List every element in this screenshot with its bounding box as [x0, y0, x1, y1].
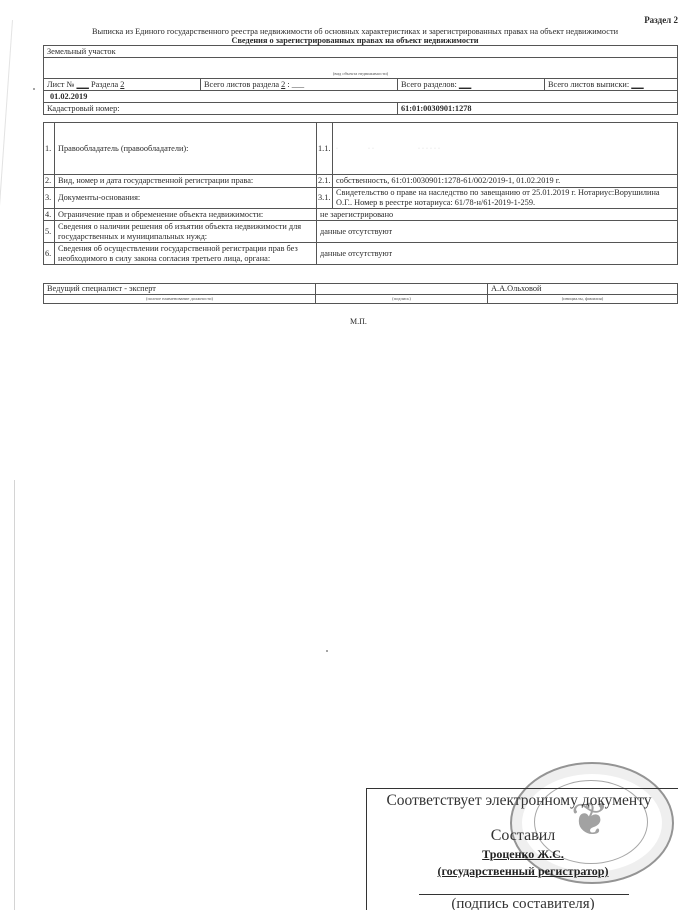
signer-name: А.А.Ольховой — [488, 284, 678, 295]
row-label: Документы-основания: — [55, 188, 317, 209]
owner-redacted: · ·· ······ — [333, 123, 678, 175]
rights-table: 1. Правообладатель (правообладатели): 1.… — [43, 122, 678, 265]
total-sections-cell: Всего разделов: ___ — [398, 79, 545, 91]
signature-caption: (подпись составителя) — [367, 896, 678, 910]
certification-box: Соответствует электронному документу Сос… — [366, 788, 678, 910]
table-row: 1. Правообладатель (правообладатели): 1.… — [44, 123, 678, 175]
sheet-number-cell: Лист № ___ Раздела 2 — [44, 79, 201, 91]
registrar-title: (государственный регистратор) — [367, 864, 678, 879]
cadastral-label: Кадастровый номер: — [44, 103, 398, 115]
scan-speck — [326, 650, 328, 652]
row-label: Сведения о наличии решения об изъятии об… — [55, 221, 317, 243]
row-number: 2. — [44, 175, 55, 188]
sheet-value: ___ — [76, 80, 88, 89]
sheet-label: Лист № — [47, 80, 74, 89]
row-label: Ограничение прав и обременение объекта н… — [55, 209, 317, 221]
total-sheets-section-value: 2 — [281, 80, 285, 89]
section-label: Раздел 2 — [644, 15, 678, 25]
seal-mark: М.П. — [350, 317, 367, 326]
table-row: 6. Сведения об осуществлении государстве… — [44, 243, 678, 265]
signer-signature — [316, 284, 488, 295]
registrar-name: Троценко Ж.С. — [367, 847, 678, 862]
certification-line: Соответствует электронному документу — [367, 792, 671, 810]
total-sheets-section-suffix: : ___ — [287, 80, 304, 89]
row-subnumber: 2.1. — [317, 175, 333, 188]
object-type-caption: (вид объекта недвижимости) — [44, 70, 678, 79]
total-sheets-label: Всего листов выписки: — [548, 80, 629, 89]
row-number: 4. — [44, 209, 55, 221]
row-number: 3. — [44, 188, 55, 209]
total-sheets-section-label: Всего листов раздела — [204, 80, 279, 89]
extract-date: 01.02.2019 — [44, 91, 678, 103]
table-row: 4. Ограничение прав и обременение объект… — [44, 209, 678, 221]
total-sheets-cell: Всего листов выписки: ___ — [545, 79, 678, 91]
total-sections-label: Всего разделов: — [401, 80, 457, 89]
row-value: не зарегистрировано — [317, 209, 678, 221]
table-row: 5. Сведения о наличии решения об изъятии… — [44, 221, 678, 243]
row-label: Вид, номер и дата государственной регист… — [55, 175, 317, 188]
signature-line — [419, 894, 629, 895]
header-table: Земельный участок (вид объекта недвижимо… — [43, 45, 678, 115]
row-label: Правообладатель (правообладатели): — [55, 123, 317, 175]
row-label: Сведения об осуществлении государственно… — [55, 243, 317, 265]
total-sections-value: ___ — [459, 80, 471, 89]
row-number: 5. — [44, 221, 55, 243]
row-subnumber: 3.1. — [317, 188, 333, 209]
row-value: собственность, 61:01:0030901:1278-61/002… — [333, 175, 678, 188]
section-label-text: Раздела — [91, 80, 118, 89]
object-type-blank — [44, 58, 678, 71]
row-number: 6. — [44, 243, 55, 265]
signature-table: Ведущий специалист - эксперт А.А.Ольхово… — [43, 283, 678, 304]
position-caption: (полное наименование должности) — [44, 295, 316, 304]
row-value: Свидетельство о праве на наследство по з… — [333, 188, 678, 209]
compiled-by-label: Составил — [367, 827, 678, 845]
object-type: Земельный участок — [44, 46, 678, 58]
row-number: 1. — [44, 123, 55, 175]
signer-position: Ведущий специалист - эксперт — [44, 284, 316, 295]
cadastral-number: 61:01:0030901:1278 — [398, 103, 678, 115]
signature-caption: (подпись) — [316, 295, 488, 304]
total-sheets-value: ___ — [631, 80, 643, 89]
redacted-text: · ·· ······ — [336, 146, 442, 152]
table-row: 2. Вид, номер и дата государственной рег… — [44, 175, 678, 188]
row-value: данные отсутствуют — [317, 243, 678, 265]
section-value: 2 — [120, 80, 124, 89]
scan-edge — [14, 480, 15, 910]
scan-speck — [33, 88, 35, 90]
table-row: 3. Документы-основания: 3.1. Свидетельст… — [44, 188, 678, 209]
row-value: данные отсутствуют — [317, 221, 678, 243]
name-caption: (инициалы, фамилия) — [488, 295, 678, 304]
total-sheets-section-cell: Всего листов раздела 2 : ___ — [201, 79, 398, 91]
scan-edge — [0, 20, 13, 908]
row-subnumber: 1.1. — [317, 123, 333, 175]
